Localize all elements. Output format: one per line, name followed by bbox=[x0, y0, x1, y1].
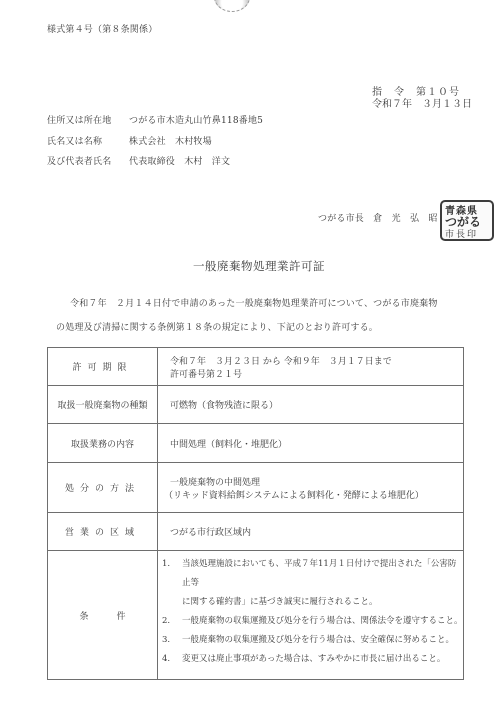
conditions-list: 1. 当該処理施設においても、平成７年11月１日付けで提出された「公害防止等 に… bbox=[158, 551, 464, 680]
condition-text: 一般廃棄物の収集運搬及び処分を行う場合は、安全確保に努めること。 bbox=[182, 631, 463, 650]
row-value: 可燃物（食物残渣に限る） bbox=[158, 386, 464, 424]
address-value: つがる市木造丸山竹鼻118番地5 bbox=[129, 113, 263, 126]
label-text: 処分の方法 bbox=[65, 484, 140, 494]
issue-date: 令和７年 ３月１３日 bbox=[372, 95, 472, 110]
condition-item-3: 3. 一般廃棄物の収集運搬及び処分を行う場合は、安全確保に努めること。 bbox=[162, 631, 463, 650]
condition-text-line-1: 当該処理施設においても、平成７年11月１日付けで提出された「公害防止等 bbox=[182, 555, 463, 593]
row-value: つがる市行政区域内 bbox=[158, 513, 464, 551]
row-label: 取扱一般廃棄物の種類 bbox=[48, 386, 158, 424]
row-label: 条件 bbox=[48, 551, 158, 680]
condition-item-4: 4. 変更又は廃止事項があった場合は、すみやかに市長に届け出ること。 bbox=[162, 650, 463, 669]
representative-value: 代表取締役 木村 洋文 bbox=[129, 154, 230, 167]
official-seal-stamp: 青森県 つがる 市長印 bbox=[440, 200, 494, 241]
condition-number: 2. bbox=[162, 612, 182, 631]
condition-text: 変更又は廃止事項があった場合は、すみやかに市長に届け出ること。 bbox=[182, 650, 463, 669]
condition-number: 4. bbox=[162, 650, 182, 669]
label-text: 営業の区域 bbox=[65, 528, 140, 538]
address-label: 住所又は所在地 bbox=[47, 113, 111, 126]
document-title: 一般廃棄物処理業許可証 bbox=[193, 258, 325, 274]
table-row-business-area: 営業の区域 つがる市行政区域内 bbox=[48, 513, 464, 551]
table-row-conditions: 条件 1. 当該処理施設においても、平成７年11月１日付けで提出された「公害防止… bbox=[48, 551, 464, 680]
row-label: 取扱業務の内容 bbox=[48, 424, 158, 463]
row-value: 令和７年 ３月２３日 から 令和９年 ３月１７日まで 許可番号第２１号 bbox=[158, 348, 464, 386]
table-row-waste-type: 取扱一般廃棄物の種類 可燃物（食物残渣に限る） bbox=[48, 386, 464, 424]
row-value: 中間処理（飼料化・堆肥化） bbox=[158, 424, 464, 463]
row-label: 処分の方法 bbox=[48, 463, 158, 513]
row-label: 営業の区域 bbox=[48, 513, 158, 551]
condition-text: 一般廃棄物の収集運搬及び処分を行う場合は、関係法令を遵守すること。 bbox=[182, 612, 463, 631]
table-row-permit-period: 許可期限 令和７年 ３月２３日 から 令和９年 ３月１７日まで 許可番号第２１号 bbox=[48, 348, 464, 386]
table-row-business-content: 取扱業務の内容 中間処理（飼料化・堆肥化） bbox=[48, 424, 464, 463]
condition-text-line-2: に関する確約書」に基づき誠実に履行されること。 bbox=[182, 593, 463, 612]
name-label: 氏名又は名称 bbox=[47, 134, 102, 147]
row-value: 一般廃棄物の中間処理 （リキッド資料給餌システムによる飼料化・発酵による堆肥化） bbox=[158, 463, 464, 513]
row-label: 許可期限 bbox=[48, 348, 158, 386]
form-number: 様式第４号（第８条関係） bbox=[47, 22, 157, 35]
permit-period-text: 令和７年 ３月２３日 から 令和９年 ３月１７日まで bbox=[170, 354, 463, 367]
label-text: 条件 bbox=[51, 612, 153, 622]
representative-label: 及び代表者氏名 bbox=[47, 154, 111, 167]
label-text: 許可期限 bbox=[72, 363, 132, 373]
disposal-method-line-1: 一般廃棄物の中間処理 bbox=[164, 475, 463, 488]
condition-text: 当該処理施設においても、平成７年11月１日付けで提出された「公害防止等 に関する… bbox=[182, 555, 463, 612]
punch-hole-mark bbox=[214, 0, 250, 12]
seal-line-3: 市長印 bbox=[445, 227, 478, 240]
condition-item-2: 2. 一般廃棄物の収集運搬及び処分を行う場合は、関係法令を遵守すること。 bbox=[162, 612, 463, 631]
condition-item-1: 1. 当該処理施設においても、平成７年11月１日付けで提出された「公害防止等 に… bbox=[162, 555, 463, 612]
body-text-line-1: 令和７年 ２月１４日付で申請のあった一般廃棄物処理業許可について、つがる市廃棄物 bbox=[70, 296, 438, 309]
disposal-method-line-2: （リキッド資料給餌システムによる飼料化・発酵による堆肥化） bbox=[164, 488, 463, 501]
condition-number: 1. bbox=[162, 555, 182, 612]
name-value: 株式会社 木村牧場 bbox=[129, 134, 212, 147]
issuer-name: つがる市長 倉 光 弘 昭 bbox=[318, 211, 438, 224]
condition-number: 3. bbox=[162, 631, 182, 650]
table-row-disposal-method: 処分の方法 一般廃棄物の中間処理 （リキッド資料給餌システムによる飼料化・発酵に… bbox=[48, 463, 464, 513]
permit-details-table: 許可期限 令和７年 ３月２３日 から 令和９年 ３月１７日まで 許可番号第２１号… bbox=[47, 347, 464, 680]
body-text-line-2: の処理及び清掃に関する条例第１８条の規定により、下記のとおり許可する。 bbox=[56, 320, 378, 333]
permit-number-text: 許可番号第２１号 bbox=[170, 367, 463, 380]
